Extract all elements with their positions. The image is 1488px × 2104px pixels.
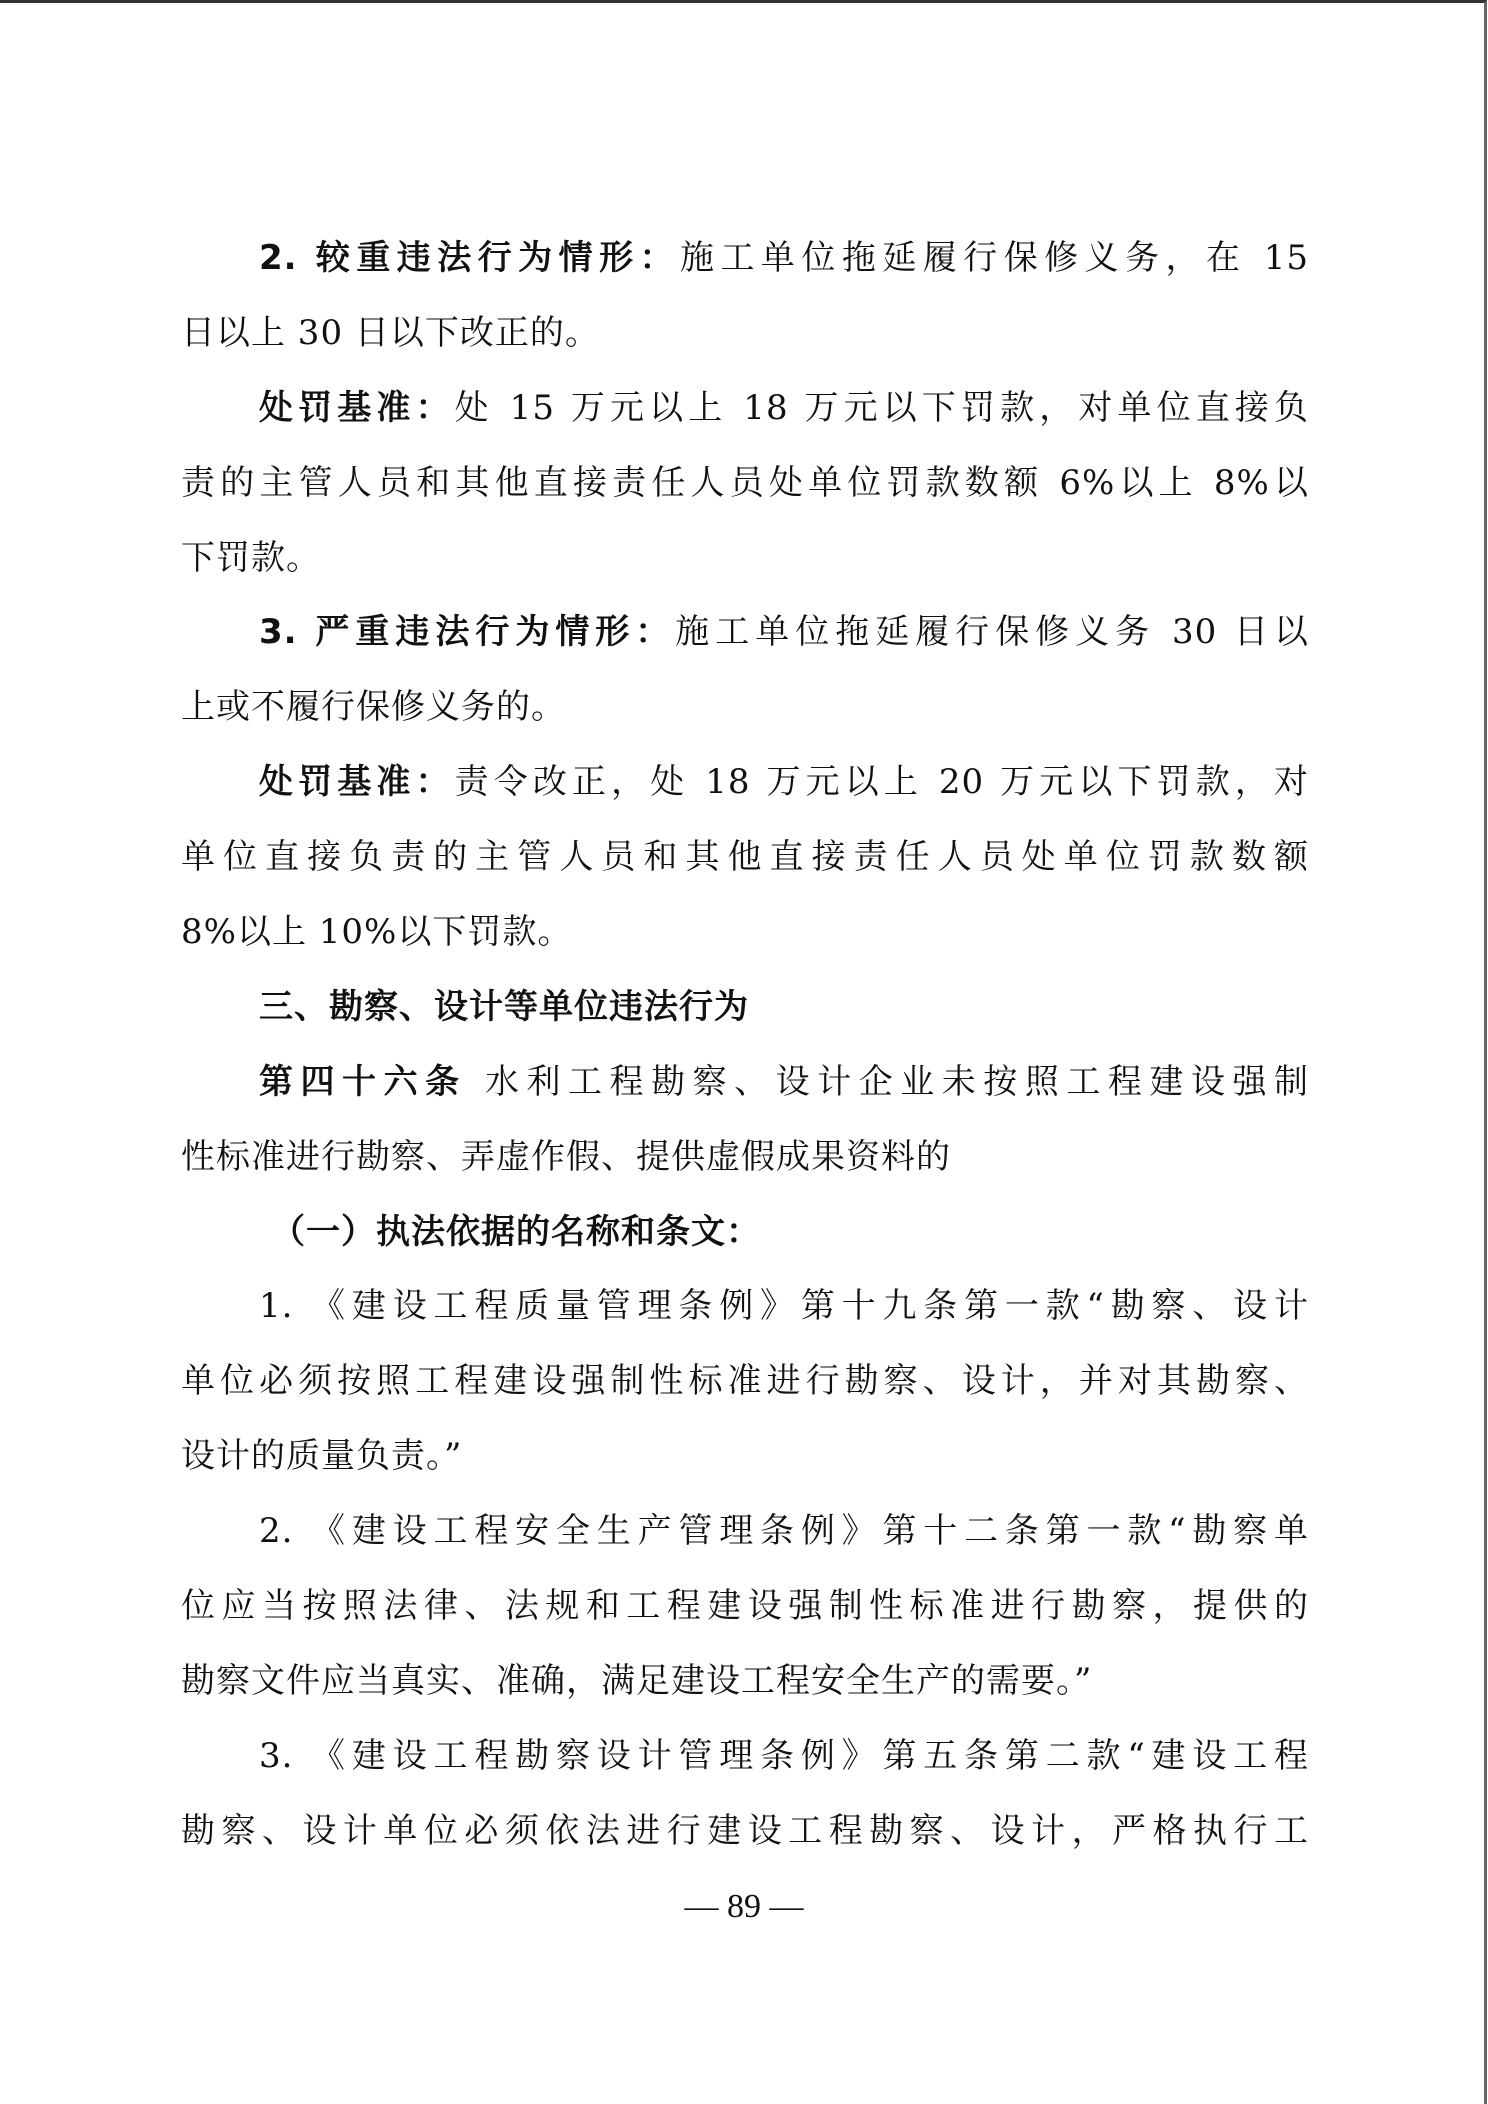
body-text: 责的主管人员和其他直接责任人员处单位罚款数额 6%以上 8%以 — [181, 463, 1309, 503]
text-line: 处罚基准：处 15 万元以上 18 万元以下罚款，对单位直接负 — [181, 371, 1309, 446]
body-text: 性标准进行勘察、弄虚作假、提供虚假成果资料的 — [181, 1137, 951, 1177]
text-line: 上或不履行保修义务的。 — [181, 670, 1309, 745]
document-body: 2. 较重违法行为情形：施工单位拖延履行保修义务，在 15 日以上 30 日以下… — [181, 221, 1309, 1869]
text-line: 位应当按照法律、法规和工程建设强制性标准进行勘察，提供的 — [181, 1569, 1309, 1644]
text-line: 处罚基准：责令改正，处 18 万元以上 20 万元以下罚款，对 — [181, 745, 1309, 820]
body-text: 下罚款。 — [181, 538, 321, 578]
body-text: 水利工程勘察、设计企业未按照工程建设强制 — [467, 1062, 1309, 1102]
text-line: 三、勘察、设计等单位违法行为 — [181, 970, 1309, 1045]
text-line: 设计的质量负责。” — [181, 1419, 1309, 1494]
text-line: 2. 《建设工程安全生产管理条例》第十二条第一款“勘察单 — [181, 1494, 1309, 1569]
article-number: 第四十六条 — [259, 1062, 467, 1102]
text-line: 日以上 30 日以下改正的。 — [181, 296, 1309, 371]
text-line: 1. 《建设工程质量管理条例》第十九条第一款“勘察、设计 — [181, 1269, 1309, 1344]
text-line: 第四十六条 水利工程勘察、设计企业未按照工程建设强制 — [181, 1045, 1309, 1120]
body-text: 日以上 30 日以下改正的。 — [181, 313, 600, 353]
text-line: 单位必须按照工程建设强制性标准进行勘察、设计，并对其勘察、 — [181, 1344, 1309, 1419]
body-text: 位应当按照法律、法规和工程建设强制性标准进行勘察，提供的 — [181, 1586, 1309, 1626]
bold-lead: 3. 严重违法行为情形： — [259, 612, 675, 652]
paragraph-penalty-standard-1: 处罚基准：处 15 万元以上 18 万元以下罚款，对单位直接负 责的主管人员和其… — [181, 371, 1309, 596]
text-line: 3. 《建设工程勘察设计管理条例》第五条第二款“建设工程 — [181, 1719, 1309, 1794]
body-text: 1. 《建设工程质量管理条例》第十九条第一款“勘察、设计 — [259, 1286, 1309, 1326]
body-text: 2. 《建设工程安全生产管理条例》第十二条第一款“勘察单 — [259, 1511, 1309, 1551]
text-line: 8%以上 10%以下罚款。 — [181, 895, 1309, 970]
text-line: （一）执法依据的名称和条文： — [181, 1195, 1309, 1270]
body-text: 施工单位拖延履行保修义务 30 日以 — [675, 612, 1309, 652]
section-heading: 三、勘察、设计等单位违法行为 — [181, 970, 1309, 1045]
text-line: 性标准进行勘察、弄虚作假、提供虚假成果资料的 — [181, 1120, 1309, 1195]
heading-text: 三、勘察、设计等单位违法行为 — [259, 987, 749, 1027]
text-line: 2. 较重违法行为情形：施工单位拖延履行保修义务，在 15 — [181, 221, 1309, 296]
legal-basis-1: 1. 《建设工程质量管理条例》第十九条第一款“勘察、设计 单位必须按照工程建设强… — [181, 1269, 1309, 1494]
body-text: 施工单位拖延履行保修义务，在 15 — [680, 238, 1309, 278]
bold-lead: 处罚基准： — [259, 388, 455, 428]
article-46: 第四十六条 水利工程勘察、设计企业未按照工程建设强制 性标准进行勘察、弄虚作假、… — [181, 1045, 1309, 1195]
body-text: 处 15 万元以上 18 万元以下罚款，对单位直接负 — [455, 388, 1309, 428]
paragraph-penalty-standard-2: 处罚基准：责令改正，处 18 万元以上 20 万元以下罚款，对 单位直接负责的主… — [181, 745, 1309, 970]
document-page: 2. 较重违法行为情形：施工单位拖延履行保修义务，在 15 日以上 30 日以下… — [0, 0, 1487, 2104]
paragraph-serious-violation: 2. 较重违法行为情形：施工单位拖延履行保修义务，在 15 日以上 30 日以下… — [181, 221, 1309, 371]
text-line: 单位直接负责的主管人员和其他直接责任人员处单位罚款数额 — [181, 820, 1309, 895]
body-text: 3. 《建设工程勘察设计管理条例》第五条第二款“建设工程 — [259, 1736, 1309, 1776]
text-line: 勘察、设计单位必须依法进行建设工程勘察、设计，严格执行工 — [181, 1794, 1309, 1869]
body-text: 单位直接负责的主管人员和其他直接责任人员处单位罚款数额 — [181, 837, 1309, 877]
bold-lead: 处罚基准： — [259, 762, 455, 802]
body-text: 上或不履行保修义务的。 — [181, 687, 566, 727]
body-text: 设计的质量负责。” — [181, 1436, 462, 1476]
body-text: 8%以上 10%以下罚款。 — [181, 912, 572, 952]
subheading-legal-basis: （一）执法依据的名称和条文： — [181, 1195, 1309, 1270]
body-text: 单位必须按照工程建设强制性标准进行勘察、设计，并对其勘察、 — [181, 1361, 1309, 1401]
body-text: 勘察文件应当真实、准确，满足建设工程安全生产的需要。” — [181, 1661, 1092, 1701]
page-number: — 89 — — [0, 1888, 1488, 1926]
text-line: 3. 严重违法行为情形：施工单位拖延履行保修义务 30 日以 — [181, 595, 1309, 670]
bold-lead: 2. 较重违法行为情形： — [259, 238, 680, 278]
paragraph-severe-violation: 3. 严重违法行为情形：施工单位拖延履行保修义务 30 日以 上或不履行保修义务… — [181, 595, 1309, 745]
body-text: 责令改正，处 18 万元以上 20 万元以下罚款，对 — [455, 762, 1309, 802]
subheading-text: （一）执法依据的名称和条文： — [271, 1212, 761, 1252]
legal-basis-3: 3. 《建设工程勘察设计管理条例》第五条第二款“建设工程 勘察、设计单位必须依法… — [181, 1719, 1309, 1869]
body-text: 勘察、设计单位必须依法进行建设工程勘察、设计，严格执行工 — [181, 1811, 1309, 1851]
text-line: 下罚款。 — [181, 521, 1309, 596]
legal-basis-2: 2. 《建设工程安全生产管理条例》第十二条第一款“勘察单 位应当按照法律、法规和… — [181, 1494, 1309, 1719]
text-line: 责的主管人员和其他直接责任人员处单位罚款数额 6%以上 8%以 — [181, 446, 1309, 521]
text-line: 勘察文件应当真实、准确，满足建设工程安全生产的需要。” — [181, 1644, 1309, 1719]
